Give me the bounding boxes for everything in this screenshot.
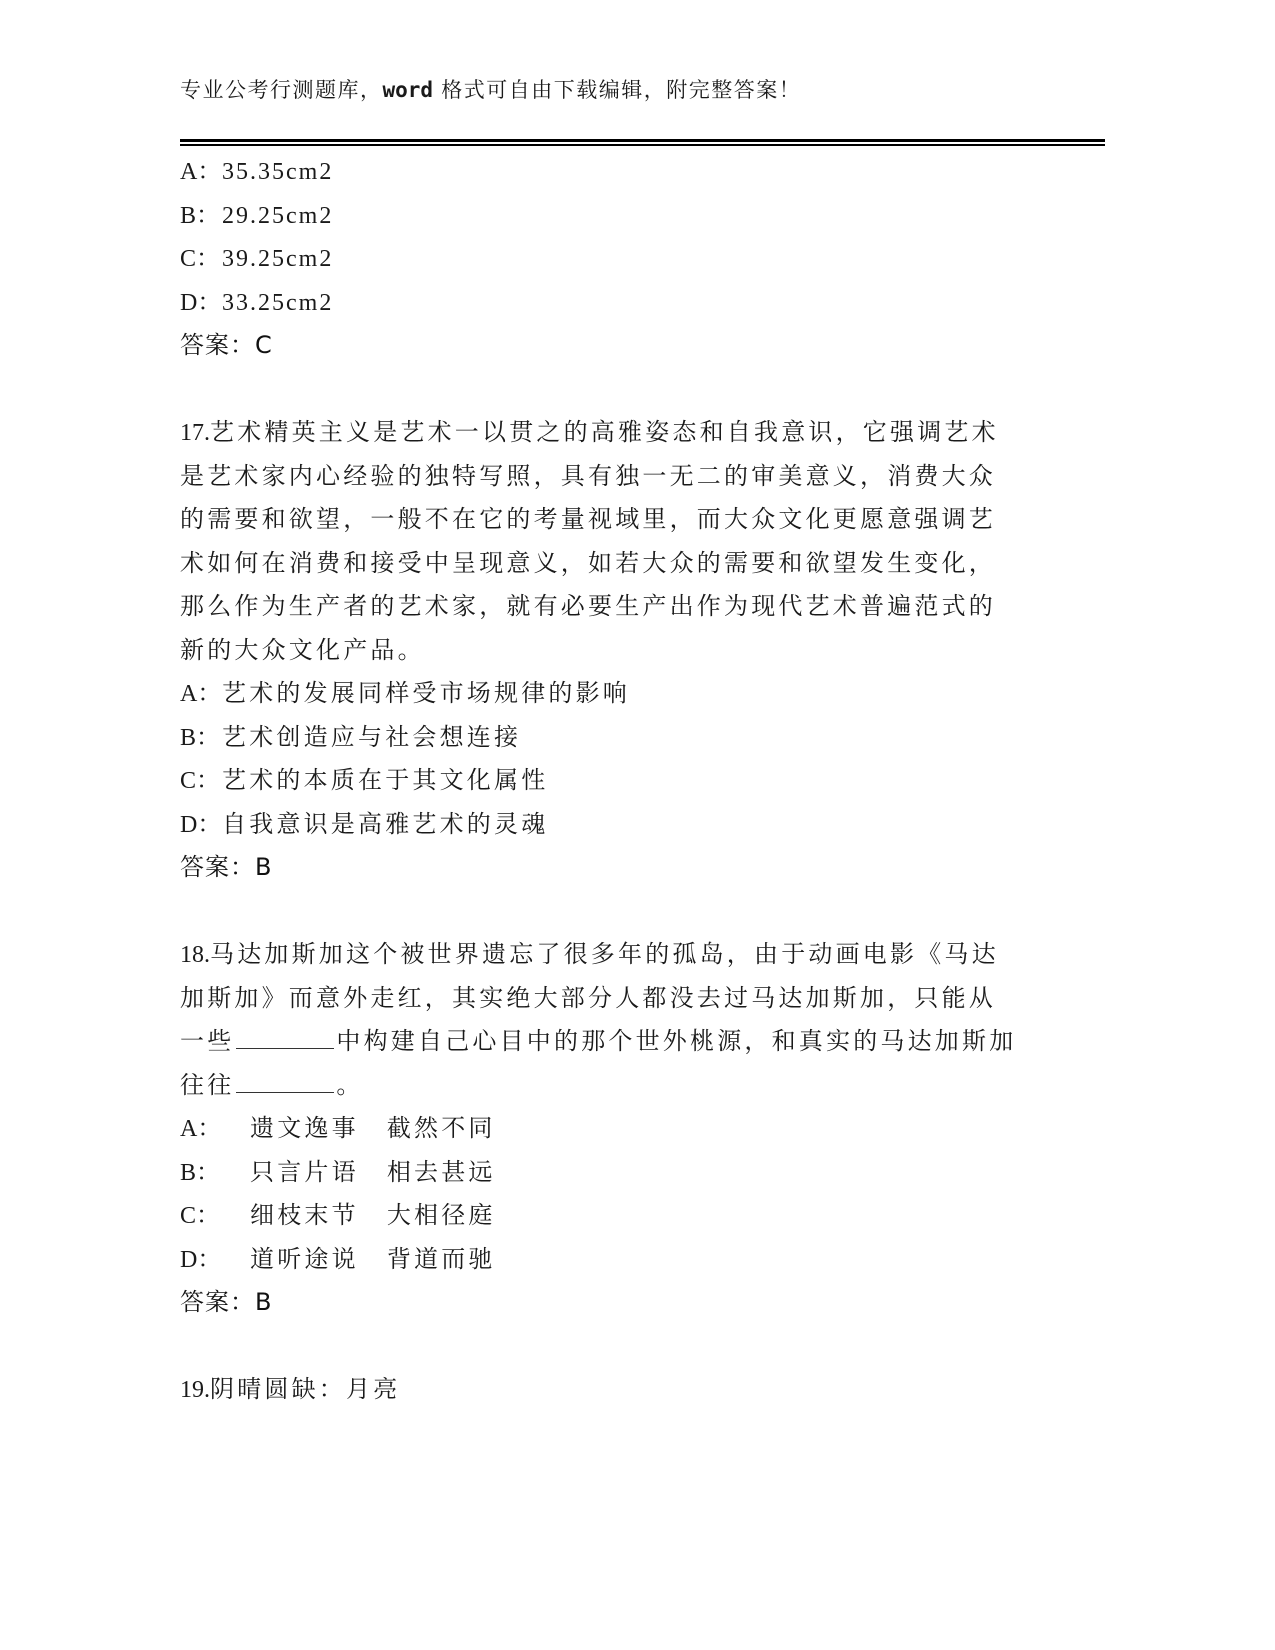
question-stem-line: 往往。 — [180, 1064, 1030, 1108]
option-b: B：艺术创造应与社会想连接 — [180, 716, 1030, 760]
option-text: 29.25cm2 — [222, 203, 333, 229]
option-a: A：35.35cm2 — [180, 150, 1030, 194]
option-word-1: 遗文逸事 — [250, 1114, 359, 1142]
option-b: B：29.25cm2 — [180, 194, 1030, 238]
question-18: 18.马达加斯加这个被世界遗忘了很多年的孤岛，由于动画电影《马达 加斯加》而意外… — [180, 933, 1030, 1325]
question-stem-line: 加斯加》而意外走红，其实绝大部分人都没去过马达加斯加，只能从 — [180, 977, 1030, 1021]
option-word-1: 细枝末节 — [250, 1201, 359, 1229]
option-letter: A： — [180, 673, 222, 717]
question-19: 19.阴晴圆缺：月亮 — [180, 1368, 1030, 1412]
answer-line: 答案：B — [180, 846, 1030, 890]
option-word-2: 大相径庭 — [387, 1201, 496, 1229]
question-number: 17. — [180, 420, 210, 446]
option-letter: D： — [180, 282, 222, 326]
header-text-before: 专业公考行测题库， — [180, 78, 383, 102]
question-stem-line: 18.马达加斯加这个被世界遗忘了很多年的孤岛，由于动画电影《马达 — [180, 933, 1030, 977]
question-stem-line: 19.阴晴圆缺：月亮 — [180, 1368, 1030, 1412]
option-a: A：艺术的发展同样受市场规律的影响 — [180, 672, 1030, 716]
answer-line: 答案：C — [180, 324, 1030, 368]
option-c: C：细枝末节大相径庭 — [180, 1194, 1030, 1238]
question-text: 马达加斯加这个被世界遗忘了很多年的孤岛，由于动画电影《马达 — [210, 940, 999, 968]
question-stem-line: 新的大众文化产品。 — [180, 629, 1030, 673]
option-letter: B： — [180, 1152, 222, 1196]
spacer — [180, 1325, 1030, 1369]
option-c: C：艺术的本质在于其文化属性 — [180, 759, 1030, 803]
option-word-1: 只言片语 — [250, 1158, 359, 1186]
question-text: 一些 — [180, 1027, 234, 1055]
question-stem-line: 是艺术家内心经验的独特写照，具有独一无二的审美意义，消费大众 — [180, 455, 1030, 499]
option-word-2: 截然不同 — [387, 1114, 496, 1142]
option-letter: D： — [180, 1239, 222, 1283]
option-text: 艺术的本质在于其文化属性 — [222, 766, 548, 794]
option-text: 33.25cm2 — [222, 290, 333, 316]
option-text: 艺术创造应与社会想连接 — [222, 723, 521, 751]
header-rule-thin — [180, 144, 1105, 146]
option-text: 自我意识是高雅艺术的灵魂 — [222, 810, 548, 838]
option-letter: B： — [180, 717, 222, 761]
option-d: D：道听途说背道而驰 — [180, 1238, 1030, 1282]
question-stem-line: 一些中构建自己心目中的那个世外桃源，和真实的马达加斯加 — [180, 1020, 1030, 1064]
header-text-after: 格式可自由下载编辑，附完整答案！ — [433, 78, 801, 102]
option-letter: A： — [180, 151, 222, 195]
option-text: 39.25cm2 — [222, 246, 333, 272]
answer-line: 答案：B — [180, 1281, 1030, 1325]
option-b: B：只言片语相去甚远 — [180, 1151, 1030, 1195]
question-text: 。 — [336, 1071, 363, 1099]
question-number: 18. — [180, 942, 210, 968]
option-letter: B： — [180, 195, 222, 239]
question-text: 艺术精英主义是艺术一以贯之的高雅姿态和自我意识，它强调艺术 — [210, 418, 999, 446]
option-word-2: 相去甚远 — [387, 1158, 496, 1186]
question-17: 17.艺术精英主义是艺术一以贯之的高雅姿态和自我意识，它强调艺术 是艺术家内心经… — [180, 411, 1030, 890]
option-d: D：自我意识是高雅艺术的灵魂 — [180, 803, 1030, 847]
question-text: 往往 — [180, 1071, 234, 1099]
header-rule-thick — [180, 139, 1105, 142]
option-text: 艺术的发展同样受市场规律的影响 — [222, 679, 630, 707]
question-number: 19. — [180, 1377, 210, 1403]
option-text: 35.35cm2 — [222, 159, 333, 185]
question-stem-line: 术如何在消费和接受中呈现意义，如若大众的需要和欲望发生变化， — [180, 542, 1030, 586]
question-stem-line: 那么作为生产者的艺术家，就有必要生产出作为现代艺术普遍范式的 — [180, 585, 1030, 629]
page-header: 专业公考行测题库，word 格式可自由下载编辑，附完整答案！ — [180, 74, 801, 104]
option-letter: C： — [180, 1195, 222, 1239]
option-letter: D： — [180, 804, 222, 848]
header-text-latin: word — [383, 78, 434, 102]
option-word-1: 道听途说 — [250, 1245, 359, 1273]
question-stem-line: 的需要和欲望，一般不在它的考量视域里，而大众文化更愿意强调艺 — [180, 498, 1030, 542]
document-body: A：35.35cm2 B：29.25cm2 C：39.25cm2 D：33.25… — [180, 150, 1030, 1412]
previous-question: A：35.35cm2 B：29.25cm2 C：39.25cm2 D：33.25… — [180, 150, 1030, 368]
question-text: 阴晴圆缺：月亮 — [210, 1375, 400, 1403]
spacer — [180, 368, 1030, 412]
option-word-2: 背道而驰 — [387, 1245, 496, 1273]
option-letter: A： — [180, 1108, 222, 1152]
option-c: C：39.25cm2 — [180, 237, 1030, 281]
option-a: A：遗文逸事截然不同 — [180, 1107, 1030, 1151]
option-letter: C： — [180, 760, 222, 804]
fill-in-blank — [236, 1022, 334, 1049]
spacer — [180, 890, 1030, 934]
question-stem-line: 17.艺术精英主义是艺术一以贯之的高雅姿态和自我意识，它强调艺术 — [180, 411, 1030, 455]
fill-in-blank — [236, 1066, 334, 1093]
document-page: 专业公考行测题库，word 格式可自由下载编辑，附完整答案！ A：35.35cm… — [0, 0, 1275, 1650]
question-text: 中构建自己心目中的那个世外桃源，和真实的马达加斯加 — [336, 1027, 1016, 1055]
option-letter: C： — [180, 238, 222, 282]
option-d: D：33.25cm2 — [180, 281, 1030, 325]
